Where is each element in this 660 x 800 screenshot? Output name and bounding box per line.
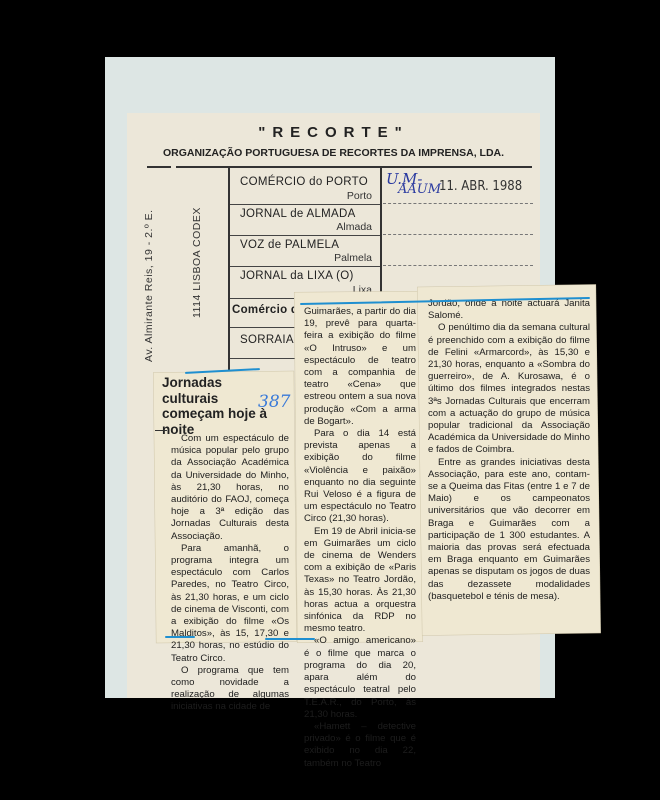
row-line [230,327,300,328]
article-column-3: Jordão, onde à noite actuará Janita Salo… [428,298,590,603]
publication-city: Almada [300,221,372,233]
article-paragraph: Com um espectáculo de música popular pel… [171,433,289,543]
address-line-2: 1114 LISBOA CODEX [191,207,203,318]
publication-name: COMÉRCIO do PORTO [240,176,368,188]
row-line [383,203,533,204]
brand-title: "RECORTE" [127,124,540,141]
date-stamp: 11. ABR. 1988 [439,179,522,194]
blue-pen-mark [265,638,315,640]
article-paragraph: Entre as grandes iniciativas desta Assoc… [428,457,590,603]
article-column-2: Guimarães, a partir do dia 19, prevê par… [304,306,416,770]
publication-name: JORNAL da LIXA (O) [240,270,354,282]
publication-city: Palmela [300,252,372,264]
article-paragraph: O programa que tem como novidade a reali… [171,665,289,714]
publication-name: VOZ de PALMELA [240,239,339,251]
handwritten-mark: ÁAUM [398,182,441,197]
divider [147,166,171,168]
publication-name: SORRAIA ( [240,334,301,346]
article-paragraph: O penúltimo dia da semana cultural é pre… [428,322,590,456]
publication-name: JORNAL de ALMADA [240,208,356,220]
row-line [230,266,380,267]
row-line [383,265,533,266]
publication-city: Porto [300,190,372,202]
address-line-1: Av. Almirante Reis, 19 - 2.º E. [143,209,155,362]
handwritten-number: 387 [258,392,290,412]
article-paragraph: Para o dia 14 está prevista apenas a exi… [304,428,416,526]
row-line [383,234,533,235]
divider [155,430,167,431]
article-paragraph: Para amanhã, o programa integra um espec… [171,543,289,665]
table-divider [380,168,382,298]
row-line [230,204,380,205]
article-paragraph: «O amigo americano» é o filme que marca … [304,635,416,720]
article-paragraph: Guimarães, a partir do dia 19, prevê par… [304,306,416,428]
row-line [230,235,380,236]
row-line [230,358,300,359]
article-paragraph: «Hamett – detective privado» é o filme q… [304,721,416,770]
table-divider [228,168,230,378]
organization-name: ORGANIZAÇÃO PORTUGUESA DE RECORTES DA IM… [127,147,540,159]
blue-pen-mark [165,636,195,638]
article-paragraph: Em 19 de Abril inicia-se em Guimarães um… [304,526,416,636]
article-column-1: Com um espectáculo de música popular pel… [171,433,289,714]
